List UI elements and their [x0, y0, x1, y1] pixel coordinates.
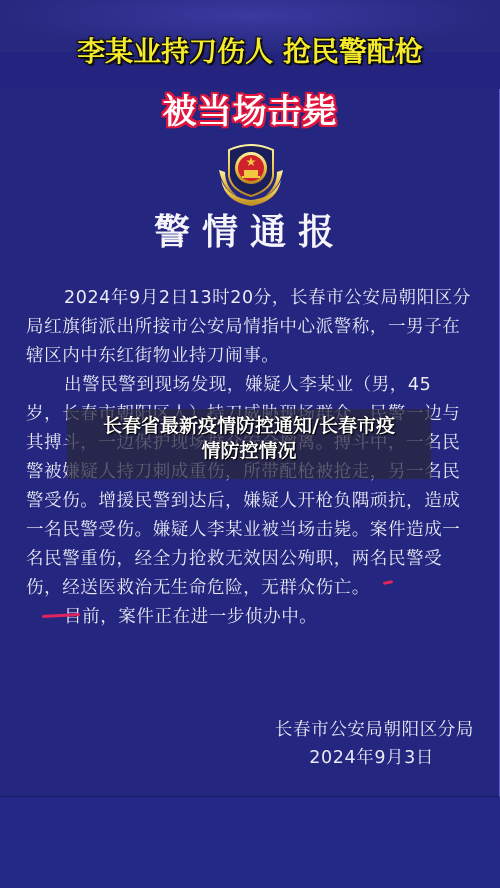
notice-signature: 长春市公安局朝阳区分局 [0, 716, 474, 741]
notice-line: 目前，案件正在进一步侦办中。 [26, 603, 476, 632]
notice-line: 一名民警受伤。嫌疑人李某业被当场击毙。案件造成一 [26, 516, 476, 545]
notice-line: 出警民警到现场发现，嫌疑人李某业（男，45 [26, 371, 476, 400]
caption-overlay: 长春省最新疫情防控通知/长春市疫 情防控情况 [67, 414, 431, 464]
headline-secondary: 被当场击毙 [0, 84, 500, 133]
notice-line: 名民警重伤，经全力抢救无效因公殉职，两名民警受 [26, 545, 476, 574]
notice-title: 警情通报 [0, 204, 500, 255]
notice-line: 局红旗街派出所接市公安局情指中心派警称，一男子在 [26, 313, 476, 342]
police-emblem-icon [215, 140, 287, 210]
notice-line: 辖区内中东红街物业持刀闹事。 [26, 342, 476, 371]
headline-primary: 李某业持刀伤人 抢民警配枪 [0, 30, 500, 70]
notice-date: 2024年9月3日 [0, 744, 434, 769]
notice-line: 2024年9月2日13时20分，长春市公安局朝阳区分 [26, 284, 476, 313]
notice-line: 警受伤。增援民警到达后，嫌疑人开枪负隅顽抗，造成 [26, 487, 476, 516]
notice-line: 伤，经送医救治无生命危险，无群众伤亡。 [26, 574, 476, 603]
caption-line-1: 长春省最新疫情防控通知/长春市疫 [67, 414, 431, 439]
caption-line-2: 情防控情况 [67, 439, 431, 464]
